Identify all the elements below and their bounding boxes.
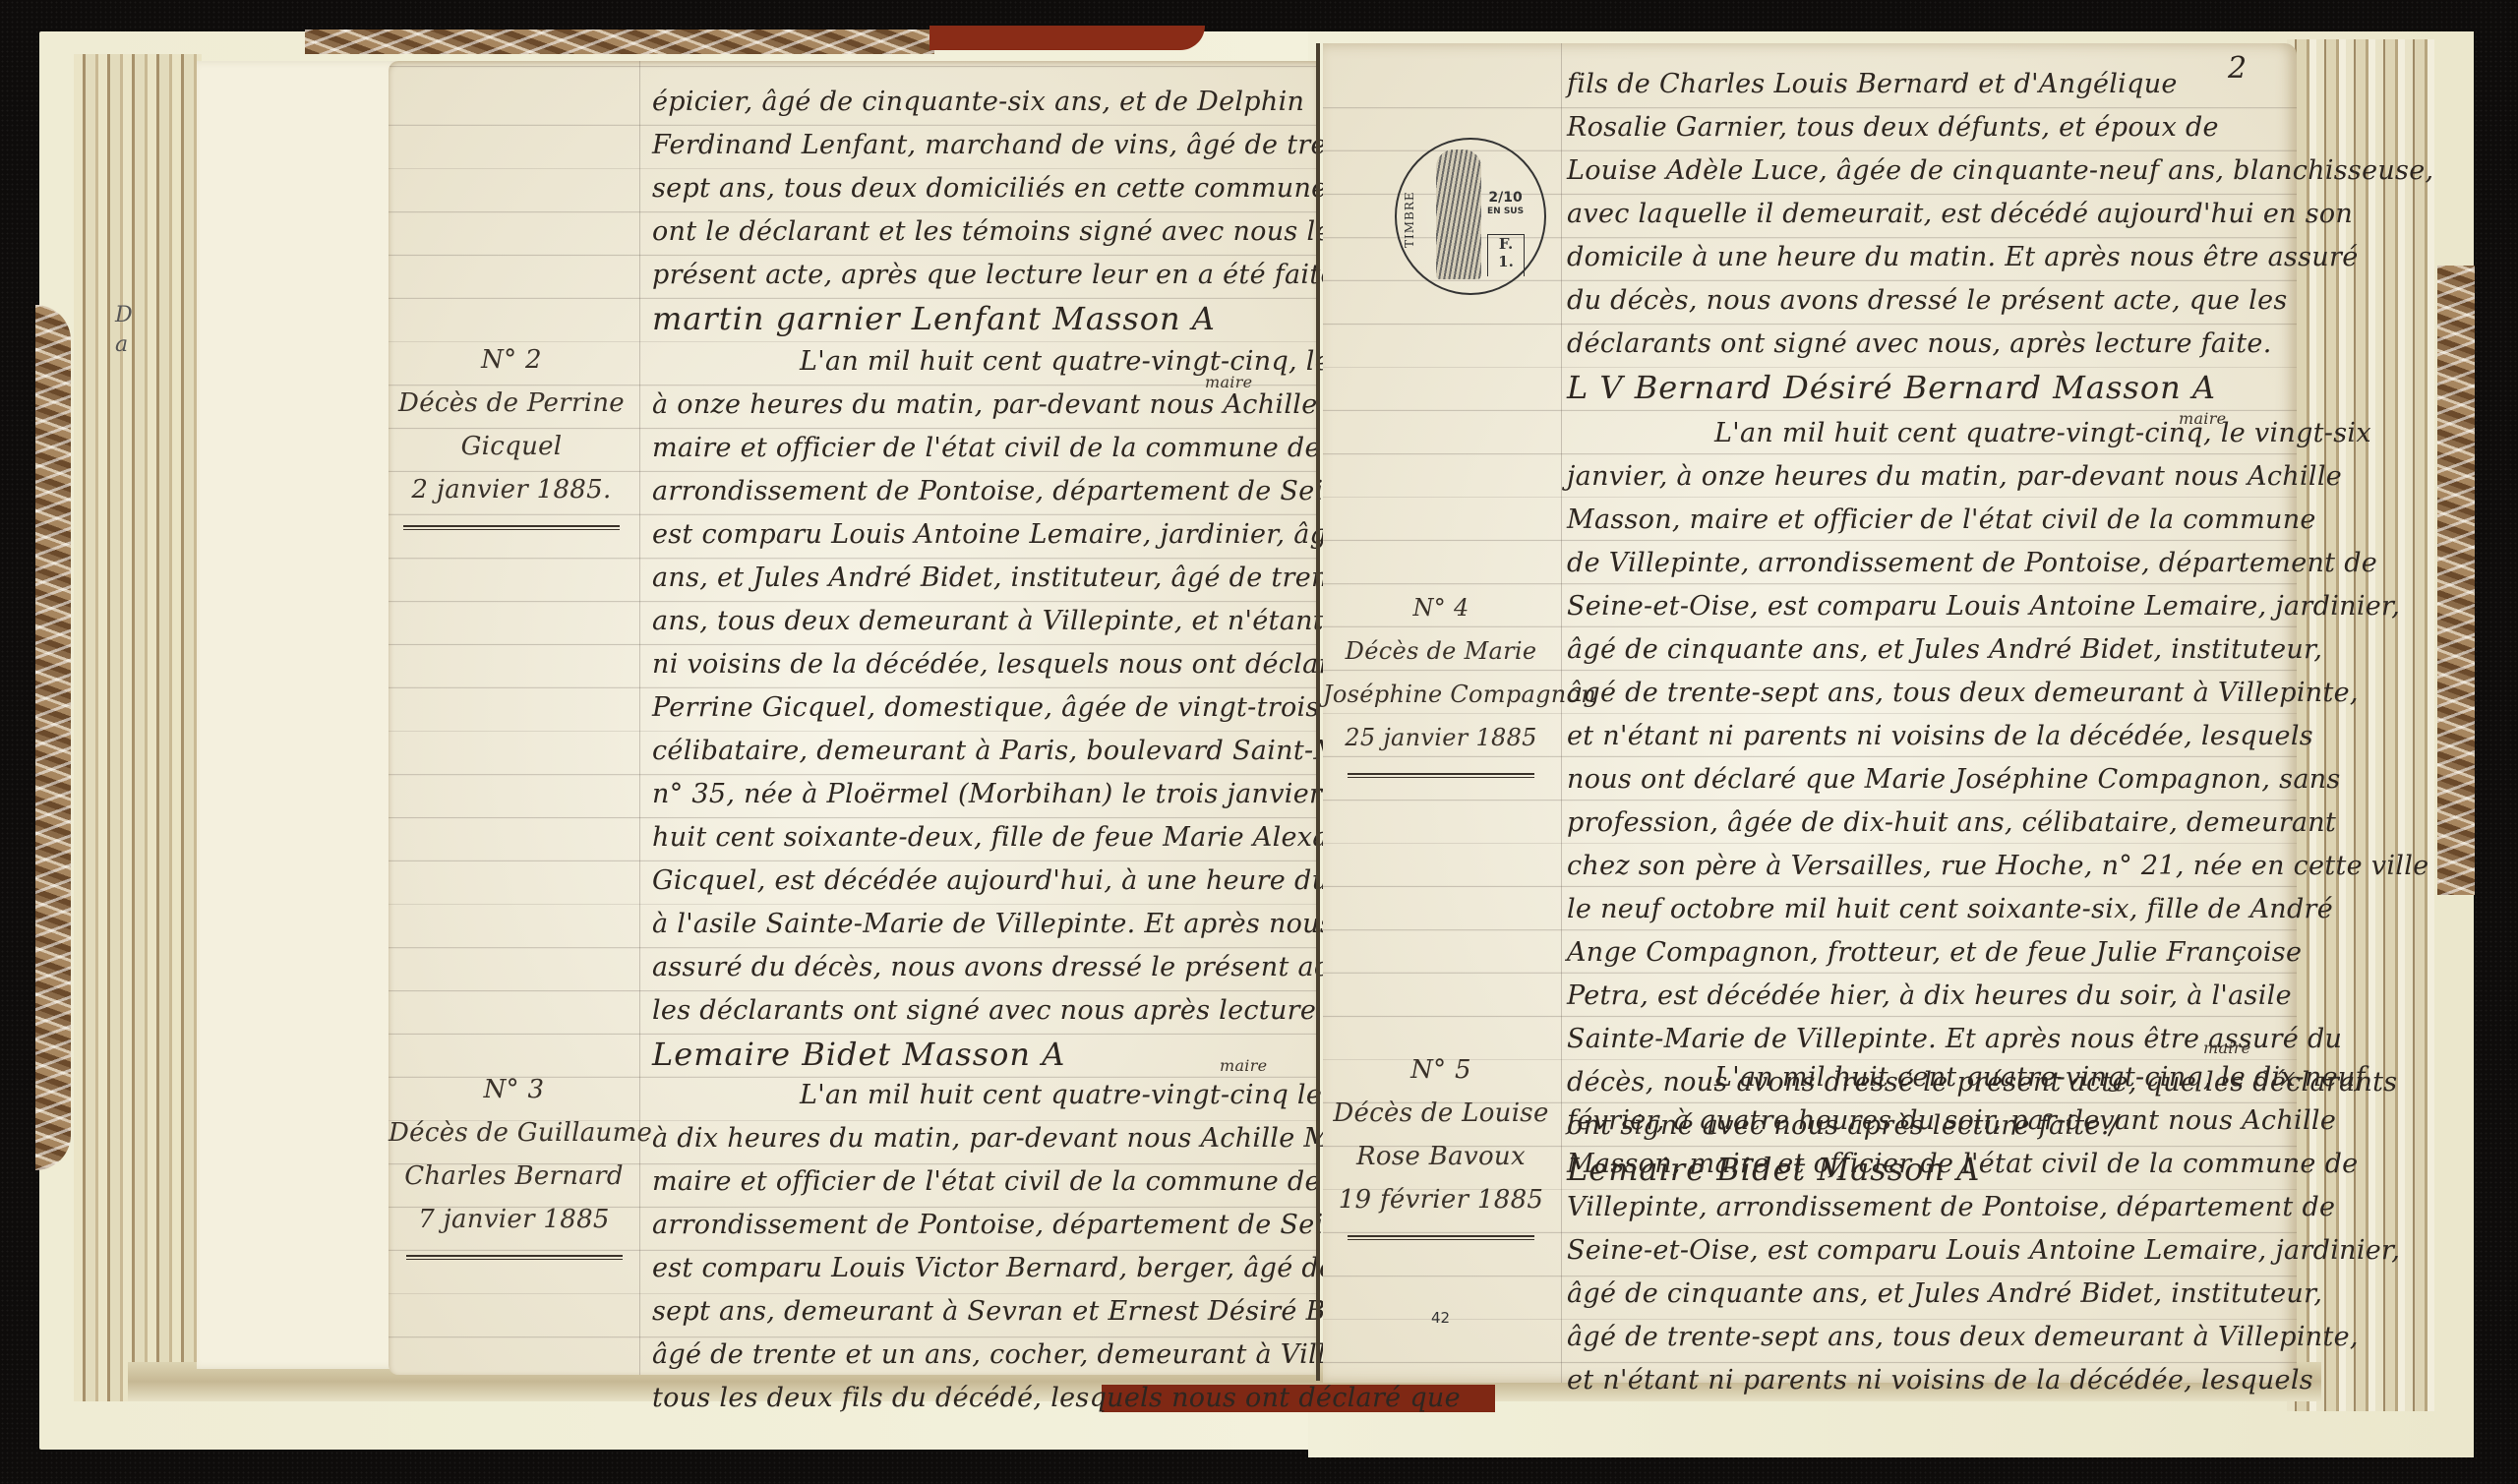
marbled-endpaper-left <box>35 305 71 1170</box>
flyleaf-page <box>197 61 398 1369</box>
red-bookmark-top <box>929 26 1205 50</box>
left-page: épicier, âgé de cinquante-six ans, et de… <box>389 61 1318 1375</box>
entry-number: N° 2 <box>389 338 634 382</box>
entry-number: N° 5 <box>1323 1048 1559 1092</box>
spine-mark-a: a <box>115 331 128 359</box>
marginal-note-entry-3: N° 3 Décès de Guillaume Charles Bernard … <box>389 1068 639 1260</box>
entry-divider <box>1348 1235 1534 1240</box>
entry-date: 25 janvier 1885 <box>1323 716 1559 759</box>
entry-5-body: L'an mil huit cent quatre-vingt-cinq, le… <box>1567 1056 2400 1402</box>
entry-title: Décès de Louise <box>1323 1092 1559 1135</box>
book-gutter <box>1316 43 1320 1381</box>
marginal-note-entry-5: N° 5 Décès de Louise Rose Bavoux 19 févr… <box>1323 1048 1559 1240</box>
entry-name: Rose Bavoux <box>1323 1135 1559 1178</box>
timbre-tax-stamp: TIMBRE 2/10 EN SUS F. 1. <box>1395 138 1546 295</box>
entry-name: Charles Bernard <box>389 1155 639 1198</box>
entry-divider <box>406 1255 623 1260</box>
spine-mark-d: D <box>115 302 133 329</box>
entry-title: Décès de Guillaume <box>389 1111 639 1155</box>
continuation-text: épicier, âgé de cinquante-six ans, et de… <box>652 81 1380 340</box>
marginal-note-entry-4: N° 4 Décès de Marie Joséphine Compagnon … <box>1323 586 1559 778</box>
stamp-tax: 2/10 EN SUS <box>1487 191 1524 218</box>
justice-figure-icon <box>1436 149 1481 279</box>
folio-number: 42 <box>1431 1309 1450 1327</box>
entry-date: 2 janvier 1885. <box>389 468 634 511</box>
entry-title: Décès de Marie <box>1323 629 1559 673</box>
stamp-label: TIMBRE <box>1403 191 1416 248</box>
entry-title: Décès de Perrine <box>389 382 634 425</box>
entry-name: Gicquel <box>389 425 634 468</box>
entry-name: Joséphine Compagnon <box>1323 673 1559 716</box>
marginal-note-entry-2: N° 2 Décès de Perrine Gicquel 2 janvier … <box>389 338 634 530</box>
signatures: L V Bernard Désiré Bernard Masson A <box>1567 366 2433 409</box>
entry-date: 19 février 1885 <box>1323 1178 1559 1221</box>
entry-divider <box>1348 773 1534 778</box>
entry-number: N° 3 <box>389 1068 639 1111</box>
page-edges-left: D a <box>74 54 202 1401</box>
stamp-value: F. 1. <box>1487 234 1525 276</box>
entry-divider <box>403 525 620 530</box>
continuation-text: fils de Charles Louis Bernard et d'Angél… <box>1567 63 2433 409</box>
marbled-endpaper-top <box>305 30 934 54</box>
signatures: martin garnier Lenfant Masson A <box>652 297 1380 340</box>
marbled-endpaper-right <box>2437 266 2475 895</box>
entry-number: N° 4 <box>1323 586 1559 629</box>
entry-date: 7 janvier 1885 <box>389 1198 639 1241</box>
